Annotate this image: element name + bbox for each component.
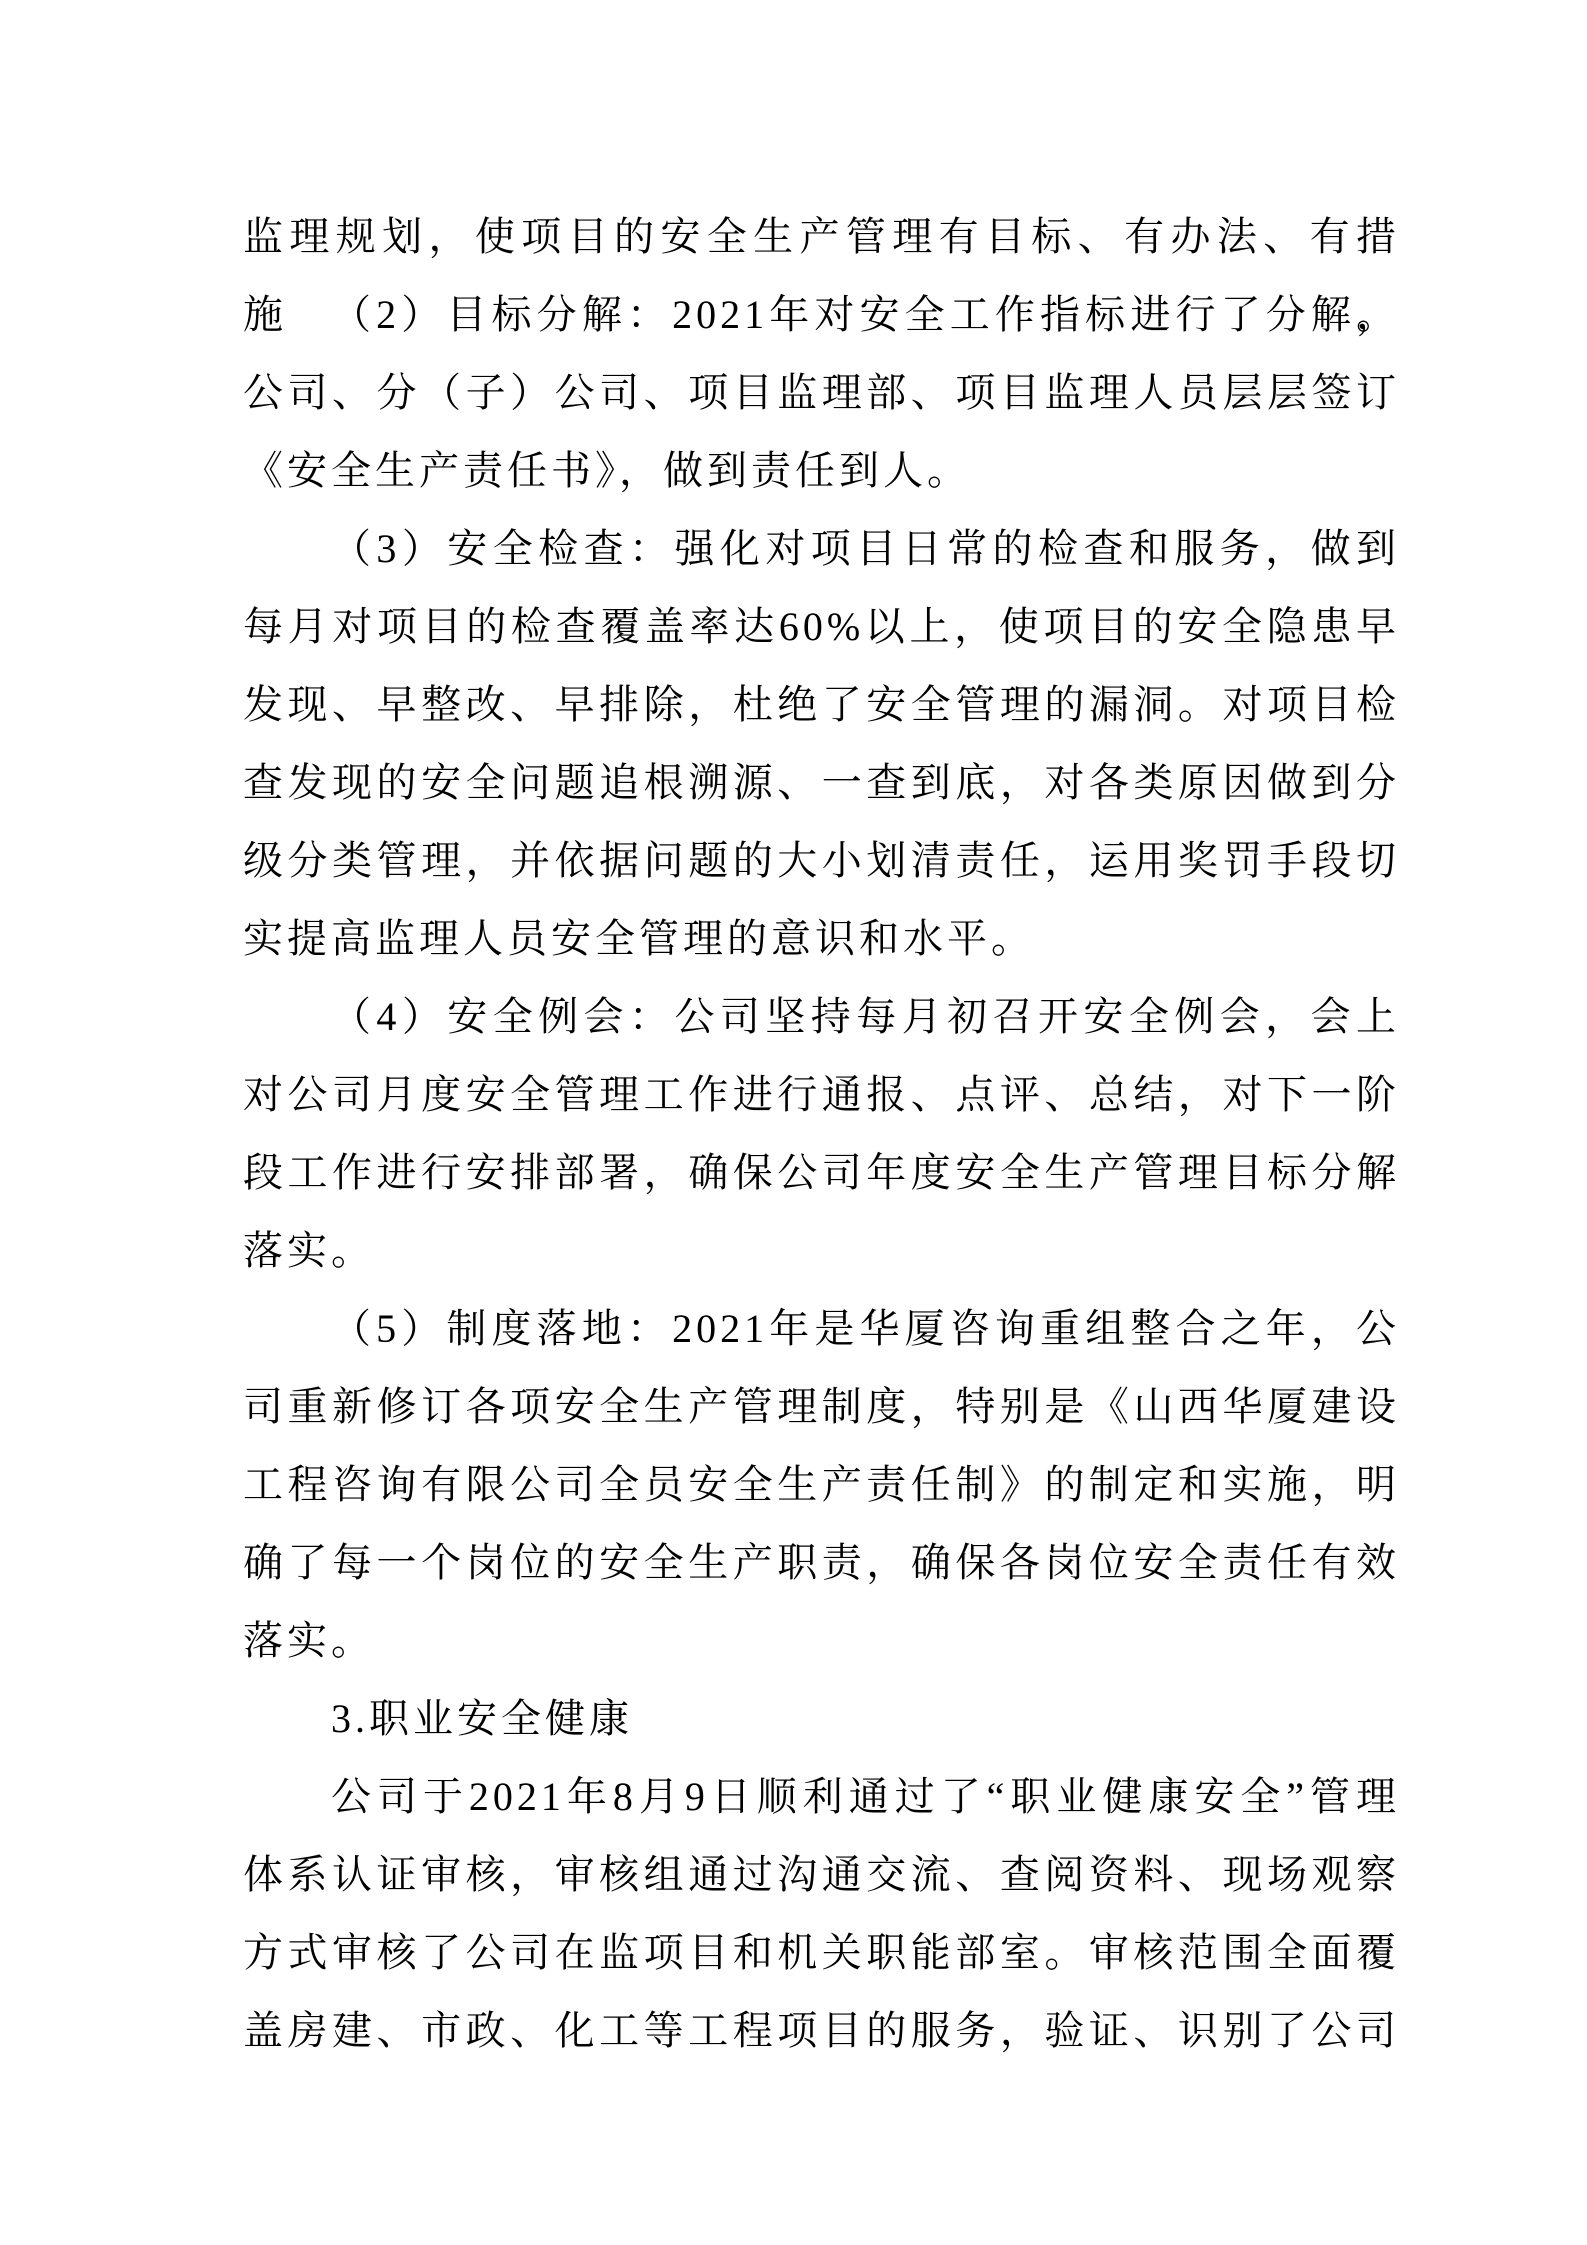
text-line: （3）安全检查：强化对项目日常的检查和服务，做到 xyxy=(243,510,1400,588)
text-line: （2）目标分解：2021年对安全工作指标进行了分解， xyxy=(243,276,1400,354)
document-page: 监理规划，使项目的安全生产管理有目标、有办法、有措施。（2）目标分解：2021年… xyxy=(0,0,1587,2245)
text-line: 落实。 xyxy=(243,1602,1400,1680)
text-line: （4）安全例会：公司坚持每月初召开安全例会，会上 xyxy=(243,978,1400,1056)
text-line: 司重新修订各项安全生产管理制度，特别是《山西华厦建设 xyxy=(243,1368,1400,1446)
text-line: 公司、分（子）公司、项目监理部、项目监理人员层层签订 xyxy=(243,354,1400,432)
text-line: 盖房建、市政、化工等工程项目的服务，验证、识别了公司 xyxy=(243,1992,1400,2070)
text-line: 查发现的安全问题追根溯源、一查到底，对各类原因做到分 xyxy=(243,744,1400,822)
text-line: 监理规划，使项目的安全生产管理有目标、有办法、有措施。 xyxy=(243,198,1400,276)
text-block: 监理规划，使项目的安全生产管理有目标、有办法、有措施。（2）目标分解：2021年… xyxy=(243,198,1400,2070)
text-line: 方式审核了公司在监项目和机关职能部室。审核范围全面覆 xyxy=(243,1914,1400,1992)
text-line: 确了每一个岗位的安全生产职责，确保各岗位安全责任有效 xyxy=(243,1524,1400,1602)
text-line: 对公司月度安全管理工作进行通报、点评、总结，对下一阶 xyxy=(243,1056,1400,1134)
text-line: 公司于2021年8月9日顺利通过了“职业健康安全”管理 xyxy=(243,1758,1400,1836)
text-line: 工程咨询有限公司全员安全生产责任制》的制定和实施，明 xyxy=(243,1446,1400,1524)
text-line: 落实。 xyxy=(243,1212,1400,1290)
text-line: 《安全生产责任书》，做到责任到人。 xyxy=(243,432,1400,510)
text-line: （5）制度落地：2021年是华厦咨询重组整合之年，公 xyxy=(243,1290,1400,1368)
text-line: 段工作进行安排部署，确保公司年度安全生产管理目标分解 xyxy=(243,1134,1400,1212)
text-line: 级分类管理，并依据问题的大小划清责任，运用奖罚手段切 xyxy=(243,822,1400,900)
text-line: 每月对项目的检查覆盖率达60%以上，使项目的安全隐患早 xyxy=(243,588,1400,666)
text-line: 体系认证审核，审核组通过沟通交流、查阅资料、现场观察 xyxy=(243,1836,1400,1914)
text-line: 3.职业安全健康 xyxy=(243,1680,1400,1758)
text-line: 发现、早整改、早排除，杜绝了安全管理的漏洞。对项目检 xyxy=(243,666,1400,744)
text-line: 实提高监理人员安全管理的意识和水平。 xyxy=(243,900,1400,978)
